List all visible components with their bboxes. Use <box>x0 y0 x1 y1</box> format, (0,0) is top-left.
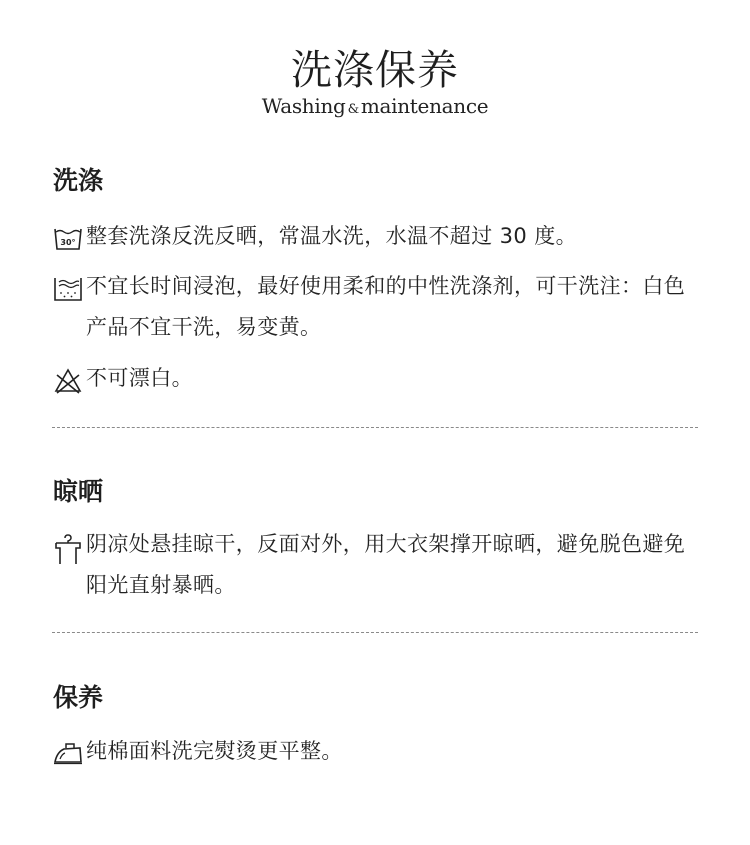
care-item-wash-temperature: 30° 整套洗涤反洗反晒，常温水洗，水温不超过 30 度。 <box>52 222 712 257</box>
care-item-no-bleach: 不可漂白。 <box>52 364 712 399</box>
subtitle-ampersand: & <box>348 102 359 117</box>
care-text: 不宜长时间浸泡，最好使用柔和的中性洗涤剂，可干洗注：白色产品不宜干洗，易变黄。 <box>86 266 706 348</box>
care-item-soaking-detergent: 不宜长时间浸泡，最好使用柔和的中性洗涤剂，可干洗注：白色产品不宜干洗，易变黄。 <box>52 272 712 348</box>
care-item-ironing: 纯棉面料洗完熨烫更平整。 <box>52 737 712 772</box>
iron-icon <box>52 740 86 770</box>
section-divider <box>52 427 698 428</box>
wash-30-degrees-icon: 30° <box>52 225 86 255</box>
do-not-bleach-icon <box>52 367 86 397</box>
page-header: 洗涤保养 Washing&maintenance <box>0 44 750 122</box>
section-title-maintenance: 保养 <box>53 683 103 713</box>
section-title-washing: 洗涤 <box>53 166 103 196</box>
section-divider <box>52 632 698 633</box>
care-text: 不可漂白。 <box>86 358 193 399</box>
care-text: 阴凉处悬挂晾干，反面对外，用大衣架撑开晾晒，避免脱色避免阳光直射暴晒。 <box>86 524 706 606</box>
section-title-drying: 晾晒 <box>53 477 103 507</box>
hand-wash-basin-icon <box>52 275 86 305</box>
subtitle-word-washing: Washing <box>262 94 346 118</box>
subtitle-word-maintenance: maintenance <box>361 94 488 118</box>
page-subtitle: Washing&maintenance <box>0 94 750 122</box>
care-text: 整套洗涤反洗反晒，常温水洗，水温不超过 30 度。 <box>86 216 577 257</box>
care-text: 纯棉面料洗完熨烫更平整。 <box>86 731 343 772</box>
svg-text:30°: 30° <box>60 238 75 247</box>
page-title: 洗涤保养 <box>0 44 750 96</box>
hang-dry-hanger-icon <box>52 533 86 563</box>
care-item-hang-dry: 阴凉处悬挂晾干，反面对外，用大衣架撑开晾晒，避免脱色避免阳光直射暴晒。 <box>52 530 712 606</box>
